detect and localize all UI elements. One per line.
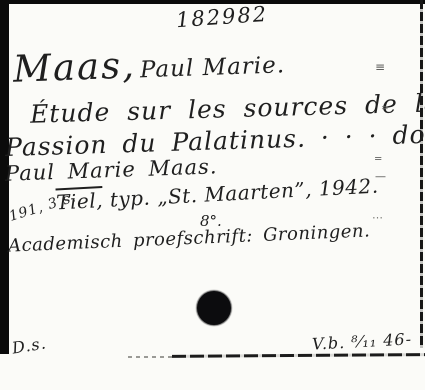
card-bottom-edge bbox=[172, 353, 425, 358]
card-bottom-edge-faint bbox=[128, 356, 174, 358]
margin-pencil-mark: ≡ bbox=[375, 60, 385, 74]
card-right-edge bbox=[420, 0, 423, 348]
margin-pencil-mark: = bbox=[374, 154, 382, 165]
catalog-card-scan: 182982 Maas,Paul Marie. Étude sur les so… bbox=[0, 0, 425, 390]
margin-pencil-mark: — bbox=[375, 170, 386, 183]
thesis-note: Academisch proefschrift: Groningen. bbox=[8, 222, 371, 255]
author-forenames: Paul Marie. bbox=[140, 52, 286, 83]
bottom-right-date-mark: V.b. ⁸⁄₁₁ 46- bbox=[312, 331, 413, 352]
accession-number: 182982 bbox=[175, 4, 268, 31]
punch-hole bbox=[197, 291, 231, 325]
title-line-3: Paul Marie Maas. bbox=[5, 156, 218, 184]
author-surname: Maas, bbox=[12, 43, 136, 90]
margin-pencil-mark: ⋯ bbox=[372, 211, 383, 224]
collation-note: 191, 3 s. bbox=[7, 190, 78, 224]
author-heading: Maas,Paul Marie. bbox=[12, 41, 285, 87]
bottom-left-shelfmark: D.s. bbox=[11, 335, 48, 356]
scan-edge-top bbox=[0, 0, 425, 4]
margin-pencil-mark: = bbox=[381, 104, 389, 114]
